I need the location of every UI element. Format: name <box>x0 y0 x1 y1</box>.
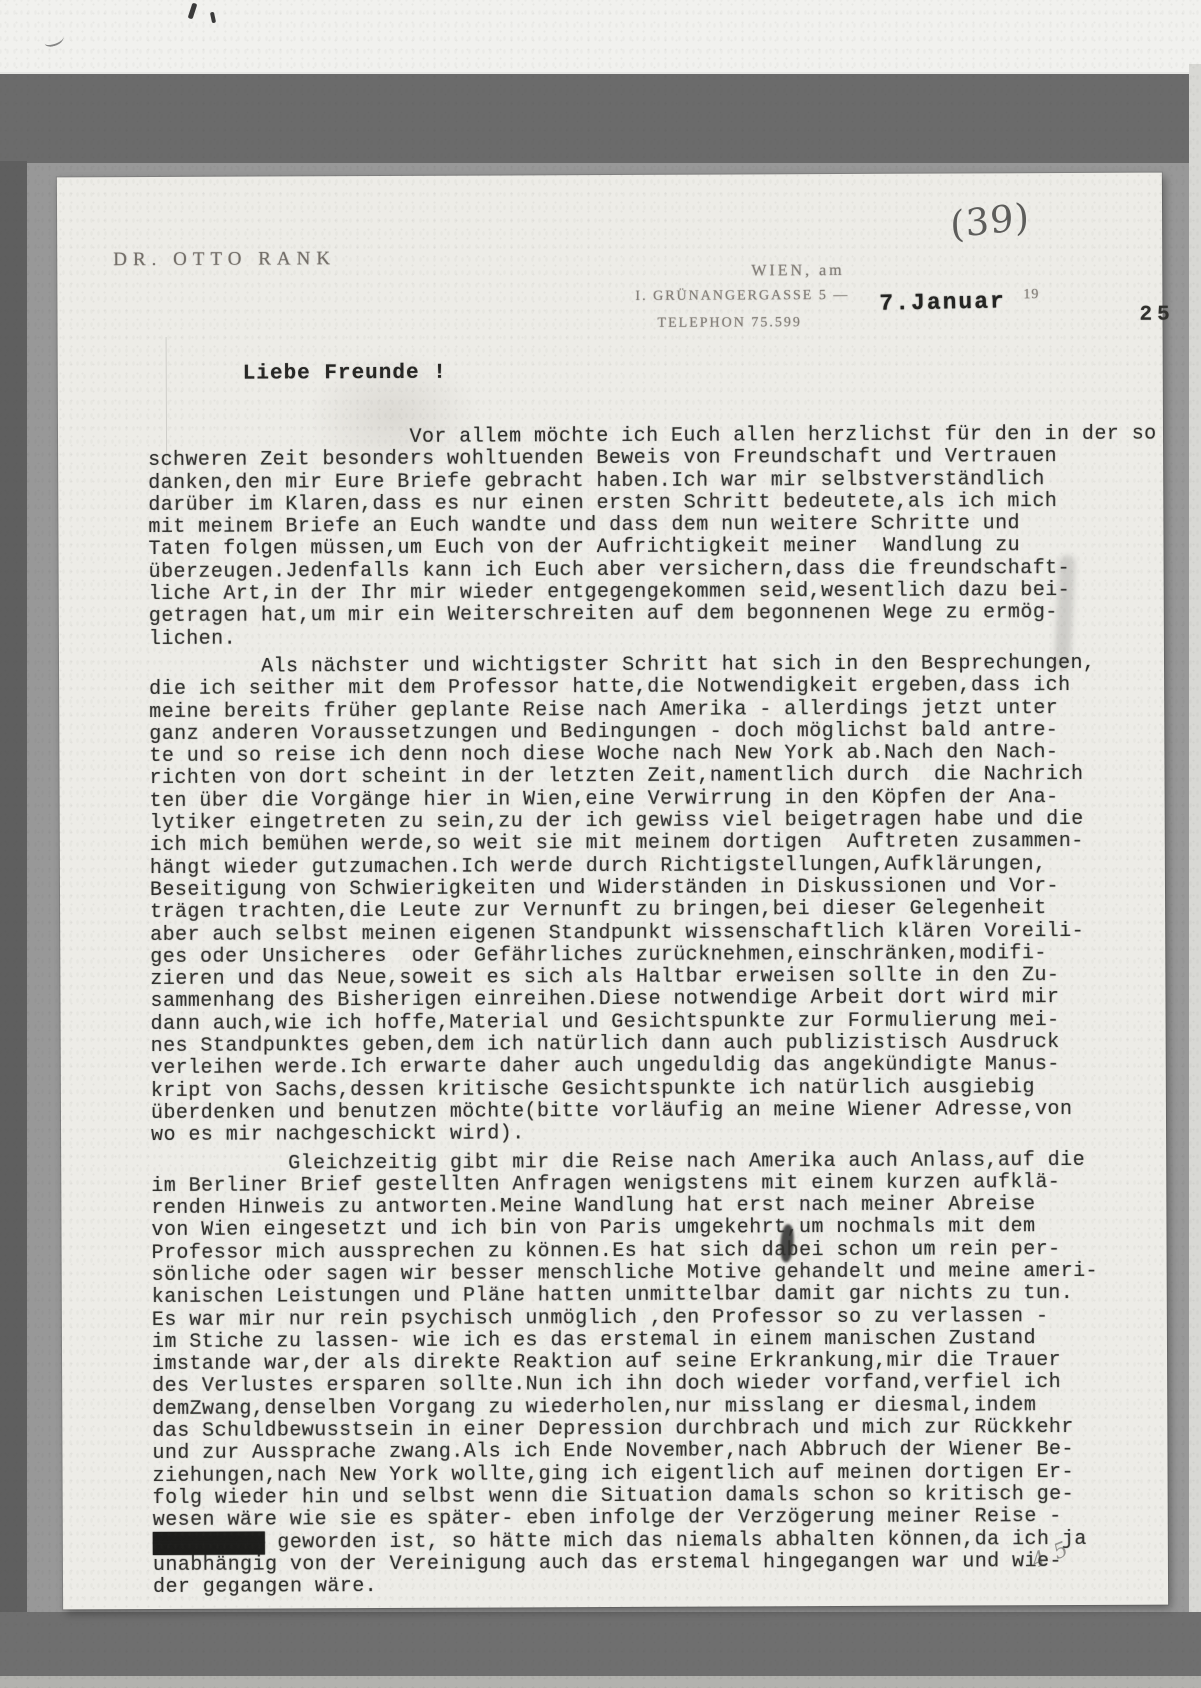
letterhead-city-line: WIEN, am <box>751 262 844 280</box>
typed-date: 7.Januar <box>879 288 1006 316</box>
scan-light-edge-right <box>1189 64 1201 1688</box>
letter-line: unabhängig von der Vereinigung auch das … <box>153 1551 1143 1578</box>
paragraph: Vor allem möchte ich Euch allen herzlich… <box>148 424 1139 651</box>
scan-top-margin <box>0 0 1201 72</box>
letterhead-phone-line: TELEPHON 75.599 <box>657 315 801 332</box>
paragraph: Als nächster und wichtigster Schritt hat… <box>149 653 1141 1148</box>
letter-line: lichen. <box>149 624 1139 651</box>
handwritten-archival-number: (39) <box>949 195 1030 247</box>
letter-line: getragen hat,um mir ein Weiterschreiten … <box>149 602 1139 629</box>
letter-line: der gegangen wäre. <box>153 1573 1143 1600</box>
scan-speck <box>210 12 216 24</box>
scan-bottom-margin <box>0 1676 1201 1688</box>
scan-dark-strip-left <box>0 161 27 1688</box>
paragraph: Gleichzeitig gibt mir die Reise nach Ame… <box>151 1149 1143 1599</box>
photocopy-scan: (39) DR. OTTO RANK WIEN, am I. GRÜNANGER… <box>0 0 1201 1688</box>
salutation: Liebe Freunde ! <box>243 362 447 386</box>
scan-speck <box>188 3 198 20</box>
letter-line: überdenken und benutzen möchte(bitte vor… <box>151 1099 1141 1126</box>
letter-line: wo es mir nachgeschickt wird). <box>151 1121 1141 1148</box>
scan-dark-band-bottom <box>0 1612 1201 1676</box>
scan-dark-band-top <box>0 72 1201 163</box>
letterhead-sender: DR. OTTO RANK <box>113 248 336 271</box>
letter-body: Vor allem möchte ich Euch allen herzlich… <box>148 424 1143 1600</box>
typed-year: 25 <box>1139 304 1174 327</box>
letterhead-year-printed: 19 <box>1023 287 1039 303</box>
letter-page: (39) DR. OTTO RANK WIEN, am I. GRÜNANGER… <box>57 173 1168 1610</box>
letterhead-street-line: I. GRÜNANGERGASSE 5 — <box>635 288 849 305</box>
scan-squiggle-mark <box>43 32 65 48</box>
blacked-out-word: xxxxxxxxx <box>153 1531 265 1554</box>
